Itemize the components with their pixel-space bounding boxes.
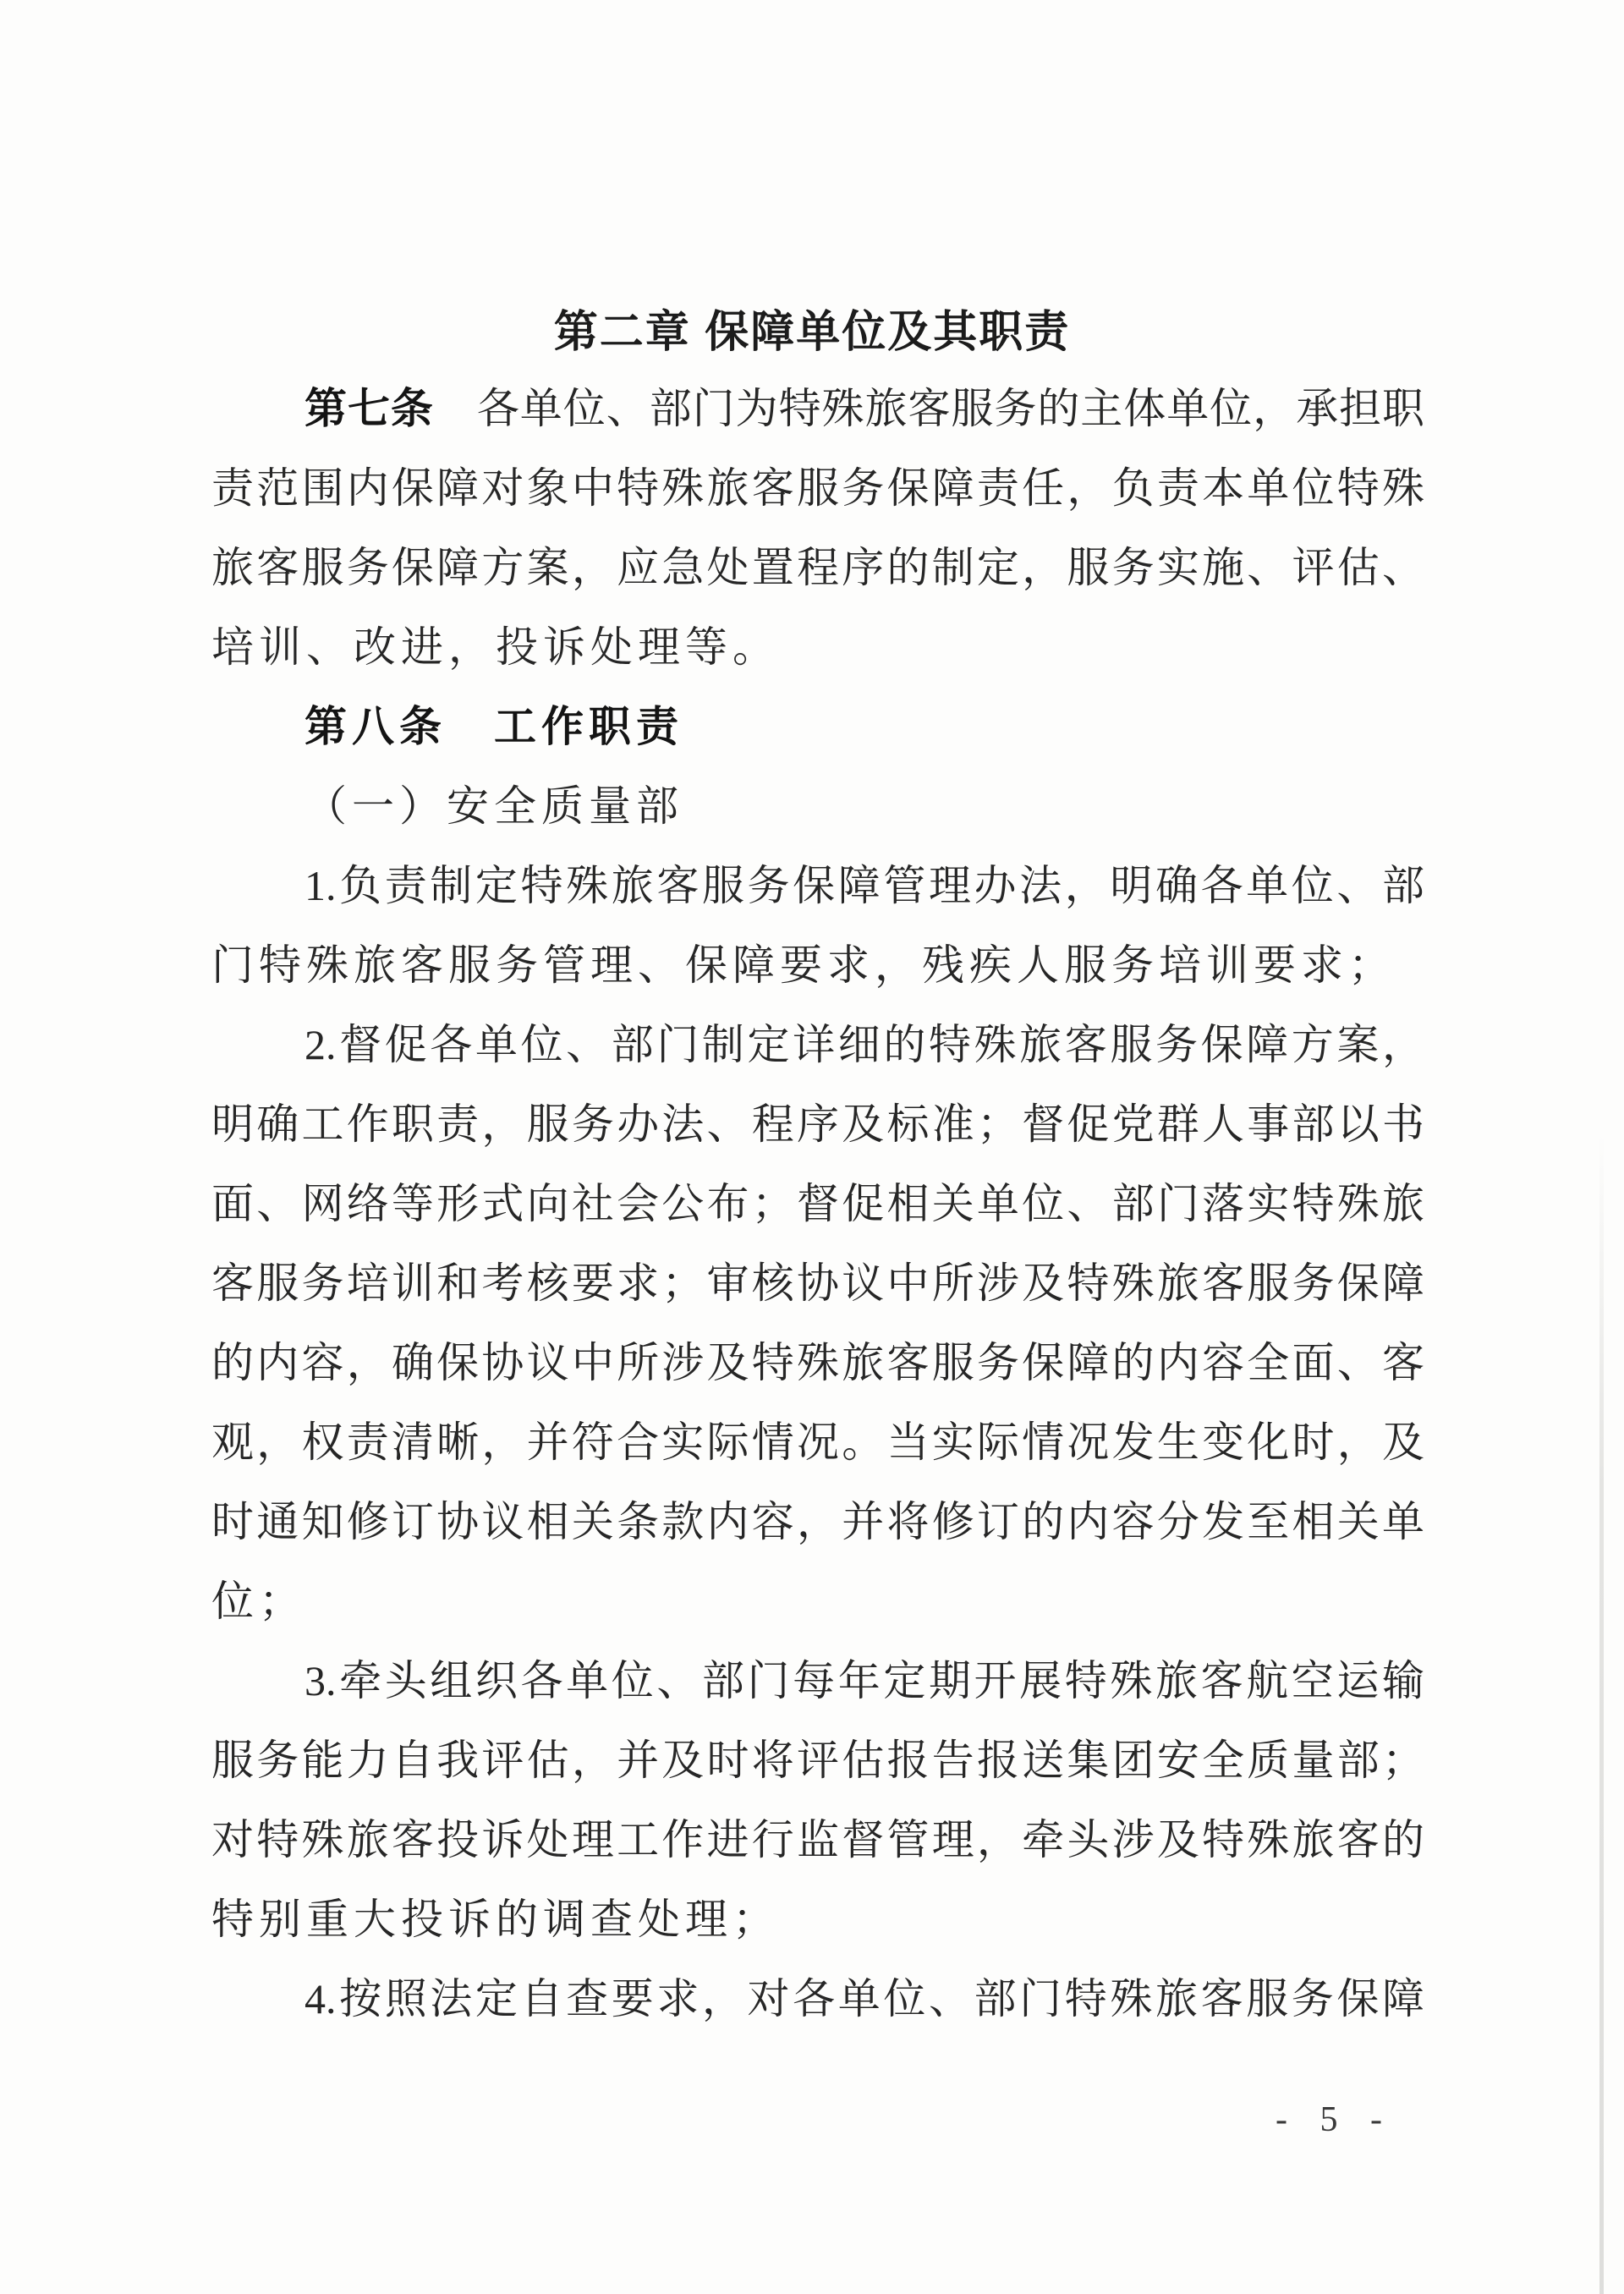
text-line: 客服务培训和考核要求；审核协议中所涉及特殊旅客服务保障 bbox=[211, 1243, 1424, 1323]
page-number: - 5 - bbox=[1276, 2099, 1394, 2140]
line-text: 各单位、部门为特殊旅客服务的主体单位，承担职 bbox=[434, 385, 1424, 432]
article-label: 第八条 工作职责 bbox=[304, 703, 683, 750]
text-line: 门特殊旅客服务管理、保障要求，残疾人服务培训要求； bbox=[211, 925, 1424, 1005]
text-line: 面、网络等形式向社会公布；督促相关单位、部门落实特殊旅 bbox=[211, 1164, 1424, 1243]
line-text: 1.负责制定特殊旅客服务保障管理办法，明确各单位、部 bbox=[304, 862, 1424, 909]
text-line: 位； bbox=[211, 1561, 1424, 1641]
text-line: 4.按照法定自查要求，对各单位、部门特殊旅客服务保障 bbox=[211, 1959, 1424, 2039]
line-text: 特别重大投诉的调查处理； bbox=[211, 1896, 780, 1943]
text-line: 观，权责清晰，并符合实际情况。当实际情况发生变化时，及 bbox=[211, 1402, 1424, 1482]
text-line: 责范围内保障对象中特殊旅客服务保障责任，负责本单位特殊 bbox=[211, 448, 1424, 528]
line-text: 对特殊旅客投诉处理工作进行监督管理，牵头涉及特殊旅客的 bbox=[211, 1816, 1424, 1863]
line-text: 客服务培训和考核要求；审核协议中所涉及特殊旅客服务保障 bbox=[211, 1260, 1424, 1307]
line-text: 面、网络等形式向社会公布；督促相关单位、部门落实特殊旅 bbox=[211, 1180, 1424, 1227]
text-line: 特别重大投诉的调查处理； bbox=[211, 1880, 1424, 1959]
line-text: 位； bbox=[211, 1578, 306, 1625]
line-text: 明确工作职责，服务办法、程序及标准；督促党群人事部以书 bbox=[211, 1100, 1424, 1148]
line-text: 培训、改进，投诉处理等。 bbox=[211, 623, 780, 671]
text-line: 培训、改进，投诉处理等。 bbox=[211, 607, 1424, 687]
line-text: 门特殊旅客服务管理、保障要求，残疾人服务培训要求； bbox=[211, 941, 1396, 989]
line-text: 责范围内保障对象中特殊旅客服务保障责任，负责本单位特殊 bbox=[211, 464, 1424, 512]
text-line: 第八条 工作职责 bbox=[211, 687, 1424, 766]
chapter-title: 第二章 保障单位及其职责 bbox=[0, 296, 1624, 359]
line-text: 的内容，确保协议中所涉及特殊旅客服务保障的内容全面、客 bbox=[211, 1339, 1424, 1386]
text-line: 明确工作职责，服务办法、程序及标准；督促党群人事部以书 bbox=[211, 1084, 1424, 1164]
line-text: （一）安全质量部 bbox=[304, 782, 683, 830]
text-line: 2.督促各单位、部门制定详细的特殊旅客服务保障方案， bbox=[211, 1005, 1424, 1084]
text-line: 1.负责制定特殊旅客服务保障管理办法，明确各单位、部 bbox=[211, 846, 1424, 925]
text-line: 旅客服务保障方案，应急处置程序的制定，服务实施、评估、 bbox=[211, 528, 1424, 607]
line-text: 2.督促各单位、部门制定详细的特殊旅客服务保障方案， bbox=[304, 1021, 1424, 1068]
text-line: 第七条 各单位、部门为特殊旅客服务的主体单位，承担职 bbox=[211, 369, 1424, 448]
text-line: 服务能力自我评估，并及时将评估报告报送集团安全质量部； bbox=[211, 1720, 1424, 1800]
article-label: 第七条 bbox=[304, 385, 434, 432]
line-text: 3.牵头组织各单位、部门每年定期开展特殊旅客航空运输 bbox=[304, 1657, 1424, 1704]
line-text: 服务能力自我评估，并及时将评估报告报送集团安全质量部； bbox=[211, 1737, 1424, 1784]
text-line: 对特殊旅客投诉处理工作进行监督管理，牵头涉及特殊旅客的 bbox=[211, 1800, 1424, 1880]
text-line: 时通知修订协议相关条款内容，并将修订的内容分发至相关单 bbox=[211, 1482, 1424, 1561]
document-page: 第二章 保障单位及其职责 第七条 各单位、部门为特殊旅客服务的主体单位，承担职责… bbox=[0, 0, 1624, 2294]
text-line: 的内容，确保协议中所涉及特殊旅客服务保障的内容全面、客 bbox=[211, 1323, 1424, 1402]
line-text: 4.按照法定自查要求，对各单位、部门特殊旅客服务保障 bbox=[304, 1975, 1424, 2022]
line-text: 旅客服务保障方案，应急处置程序的制定，服务实施、评估、 bbox=[211, 544, 1424, 591]
text-line: （一）安全质量部 bbox=[211, 766, 1424, 846]
document-body: 第七条 各单位、部门为特殊旅客服务的主体单位，承担职责范围内保障对象中特殊旅客服… bbox=[211, 369, 1424, 2039]
text-line: 3.牵头组织各单位、部门每年定期开展特殊旅客航空运输 bbox=[211, 1641, 1424, 1720]
line-text: 观，权责清晰，并符合实际情况。当实际情况发生变化时，及 bbox=[211, 1419, 1424, 1466]
line-text: 时通知修订协议相关条款内容，并将修订的内容分发至相关单 bbox=[211, 1498, 1424, 1545]
scan-edge-artifact bbox=[1599, 1133, 1604, 2294]
